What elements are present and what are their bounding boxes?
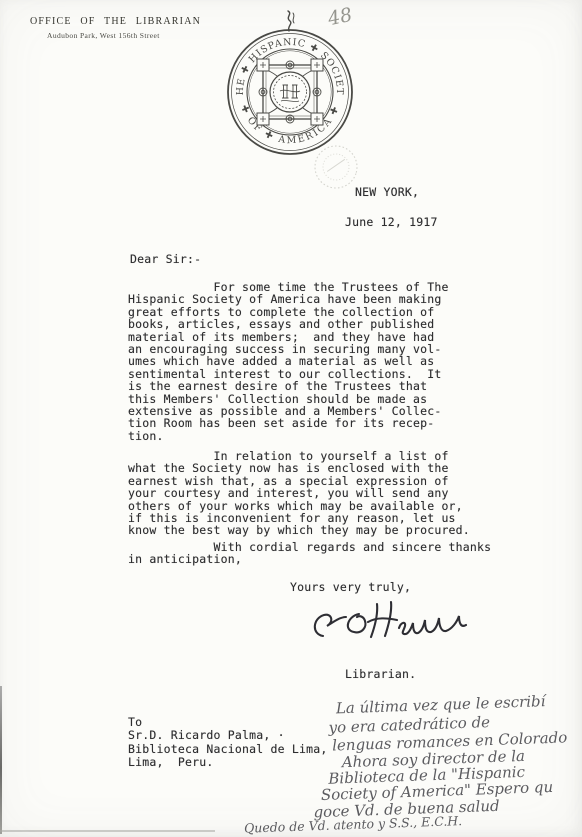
letterhead-office-line: OFFICE OF THE LIBRARIAN [30,16,201,27]
salutation: Dear Sir:- [130,253,201,265]
scan-edge-artifact [0,830,215,832]
dateline-city: NEW YORK, [355,186,419,198]
signature-title: Librarian. [345,668,416,680]
hispanic-society-seal-icon: THE ✚ HISPANIC ✚ SOCIETY ✚ OF ✚ AMERICA … [222,8,358,158]
letterhead-address-line: Audubon Park, West 156th Street [47,31,160,40]
scan-edge-artifact [0,686,2,834]
handwritten-note-line: La última vez que le escribí [336,692,546,717]
body-paragraph-1: For some time the Trustees of The Hispan… [128,281,449,442]
closing-line: Yours very truly, [290,581,411,593]
scanned-letter-page: OFFICE OF THE LIBRARIAN Audubon Park, We… [0,0,582,837]
body-paragraph-3: With cordial regards and sincere thanks … [128,541,491,566]
handwritten-note-line: Quedo de Vd. atento y S.S., E.C.H. [244,813,463,836]
seal-medallion [270,72,310,112]
signature-ec-hills [305,596,470,654]
handwritten-note: La última vez que le escribí yo era cate… [234,691,579,837]
body-paragraph-2: In relation to yourself a list of what t… [128,450,470,537]
dateline-date: June 12, 1917 [345,216,438,228]
